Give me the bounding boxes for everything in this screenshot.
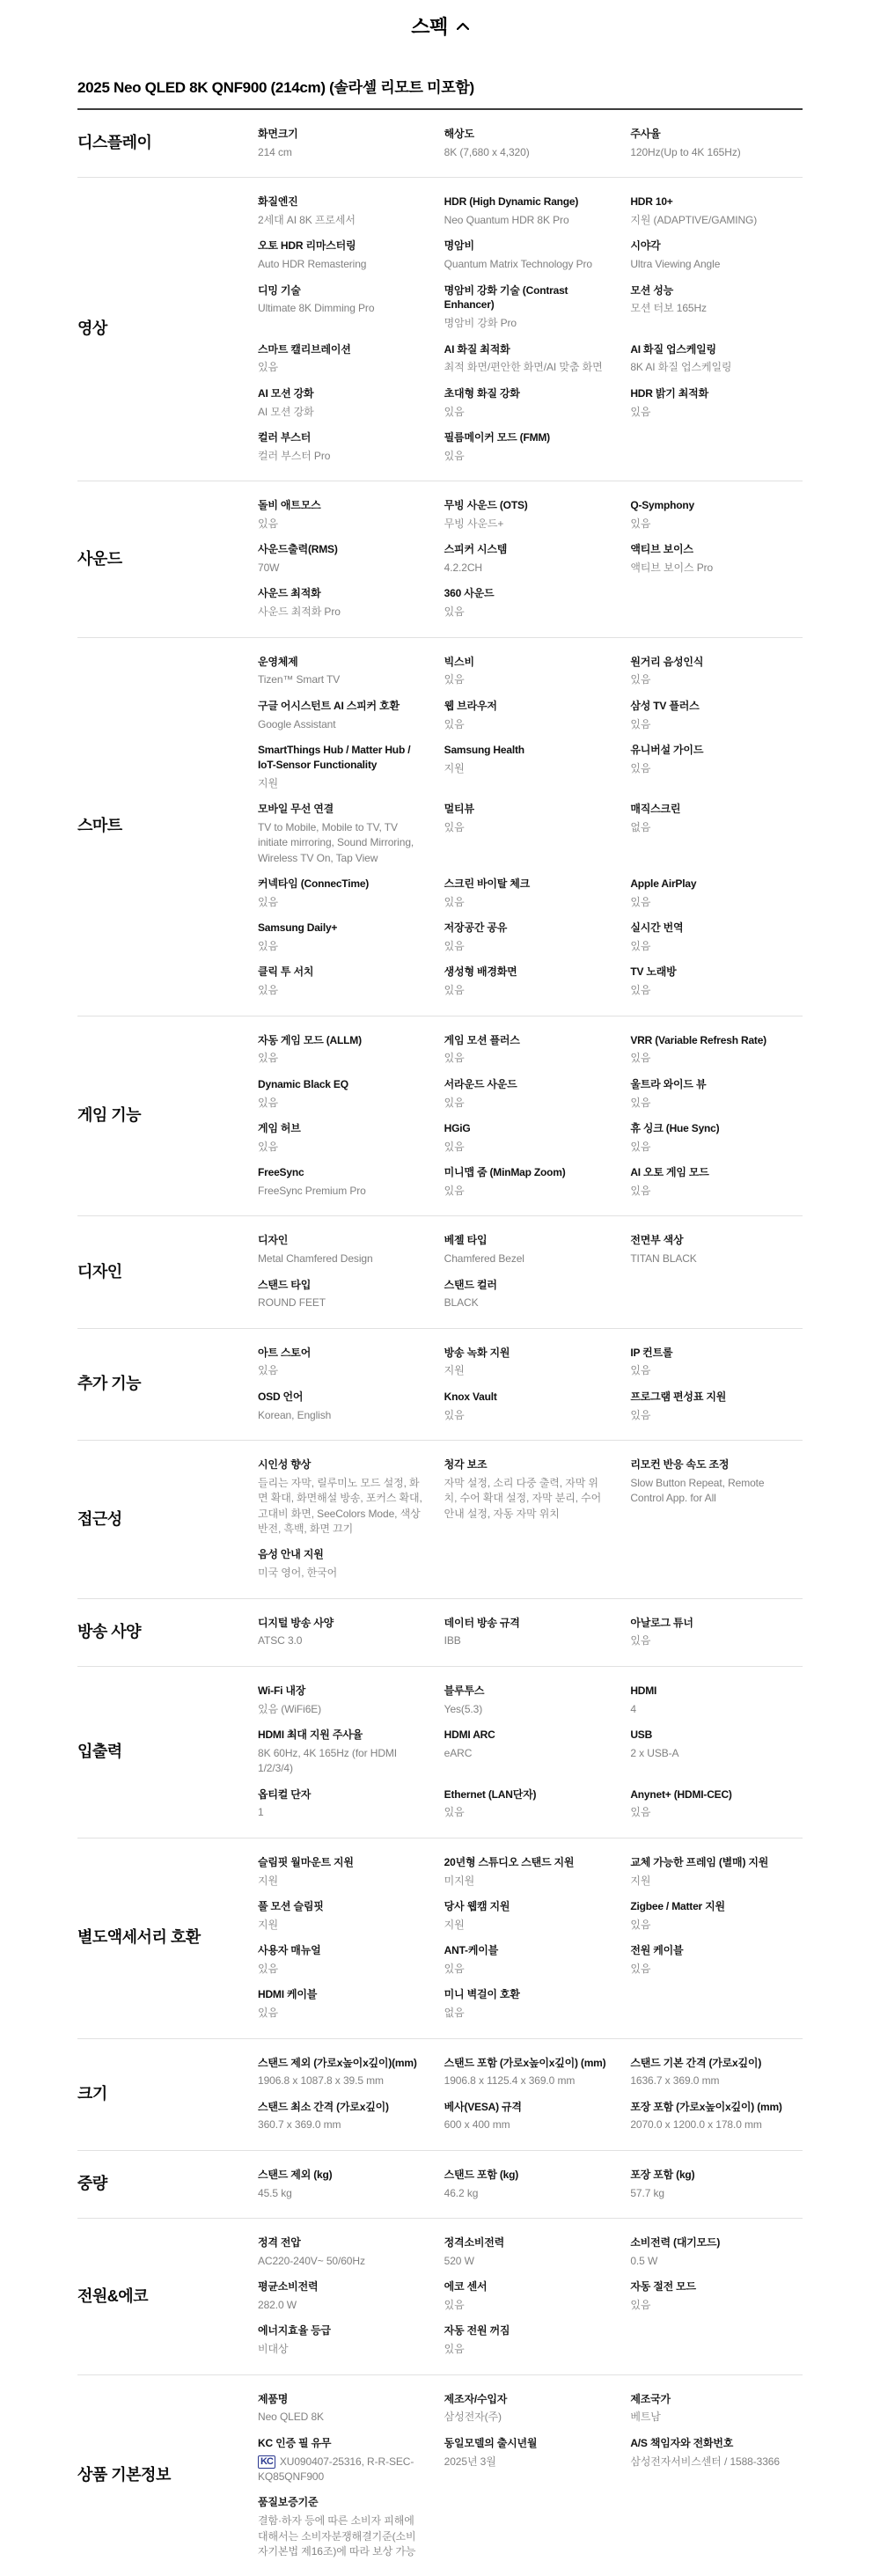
spec-item: 20년형 스튜디오 스탠드 지원미지원 — [444, 1855, 617, 1889]
spec-item-value: 282.0 W — [258, 2298, 425, 2313]
spec-item: 액티브 보이스액티브 보이스 Pro — [630, 542, 803, 576]
spec-item: HDMI 최대 지원 주사율8K 60Hz, 4K 165Hz (for HDM… — [258, 1728, 430, 1777]
spec-item-value: 4.2.2CH — [444, 561, 612, 576]
spec-item-label: TV 노래방 — [630, 965, 797, 980]
spec-item: 서라운드 사운드있음 — [444, 1077, 617, 1111]
spec-item: 스탠드 기본 간격 (가로x깊이)1636.7 x 369.0 mm — [630, 2056, 803, 2089]
kc-certification-icon: KC — [258, 2455, 275, 2469]
spec-item-value: 있음 — [630, 2298, 797, 2313]
spec-item: 당사 웹캠 지원지원 — [444, 1899, 617, 1933]
spec-item-value: 지원 — [630, 1874, 797, 1889]
spec-section: 디스플레이화면크기214 cm해상도8K (7,680 x 4,320)주사율1… — [77, 110, 803, 178]
spec-item-value: 2025년 3월 — [444, 2455, 612, 2470]
spec-item-value: ATSC 3.0 — [258, 1633, 425, 1648]
spec-item: Dynamic Black EQ있음 — [258, 1077, 430, 1111]
spec-item: 아날로그 튜너있음 — [630, 1616, 803, 1649]
spec-item: 음성 안내 지원미국 영어, 한국어 — [258, 1547, 430, 1581]
spec-section: 게임 기능자동 게임 모드 (ALLM)있음게임 모션 플러스있음VRR (Va… — [77, 1016, 803, 1217]
spec-item-label: HDR 밝기 최적화 — [630, 386, 797, 401]
spec-item-value: 액티브 보이스 Pro — [630, 561, 797, 576]
spec-item: 전원 케이블있음 — [630, 1943, 803, 1977]
spec-item-value: 있음 — [444, 1140, 612, 1155]
spec-item: 베젤 타입Chamfered Bezel — [444, 1233, 617, 1266]
spec-item: 명암비 강화 기술 (Contrast Enhancer)명암비 강화 Pro — [444, 283, 617, 332]
spec-section: 영상화질엔진2세대 AI 8K 프로세서HDR (High Dynamic Ra… — [77, 178, 803, 481]
spec-item-label: Knox Vault — [444, 1390, 612, 1405]
spec-item-value: 없음 — [444, 2006, 612, 2021]
section-items: 제품명Neo QLED 8K제조자/수입자삼성전자(주)제조국가베트남KC 인증… — [258, 2375, 803, 2576]
section-items: 정격 전압AC220-240V~ 50/60Hz정격소비전력520 W소비전력 … — [258, 2219, 803, 2374]
spec-item-label: 프로그램 편성표 지원 — [630, 1390, 797, 1405]
spec-item-label: HDR 10+ — [630, 194, 797, 209]
spec-section: 사운드돌비 애트모스있음무빙 사운드 (OTS)무빙 사운드+Q-Symphon… — [77, 481, 803, 638]
spec-item-value: 있음 — [258, 983, 425, 998]
spec-item-label: 포장 포함 (가로x높이x깊이) (mm) — [630, 2100, 797, 2115]
spec-item-value: 1636.7 x 369.0 mm — [630, 2073, 797, 2088]
spec-item-label: 자동 게임 모드 (ALLM) — [258, 1033, 425, 1048]
spec-item-label: 주사율 — [630, 127, 797, 142]
spec-item-value: 지원 — [444, 761, 612, 776]
spec-item-value-text: XU090407-25316, R-R-SEC-KQ85QNF900 — [258, 2455, 414, 2483]
spec-item-label: HGiG — [444, 1121, 612, 1136]
spec-item-label: 미니 벽걸이 호환 — [444, 1987, 612, 2002]
spec-item-label: 스크린 바이탈 체크 — [444, 877, 612, 892]
spec-item-value: 있음 — [258, 360, 425, 375]
spec-item-label: 전면부 색상 — [630, 1233, 797, 1248]
spec-item-value: Auto HDR Remastering — [258, 257, 425, 272]
spec-section: 중량스탠드 제외 (kg)45.5 kg스탠드 포함 (kg)46.2 kg포장… — [77, 2151, 803, 2219]
spec-item-value: Metal Chamfered Design — [258, 1251, 425, 1266]
spec-item-value: 있음 — [444, 1408, 612, 1423]
spec-item: 디지털 방송 사양ATSC 3.0 — [258, 1616, 430, 1649]
spec-section: 상품 기본정보제품명Neo QLED 8K제조자/수입자삼성전자(주)제조국가베… — [77, 2375, 803, 2576]
spec-section: 전원&에코정격 전압AC220-240V~ 50/60Hz정격소비전력520 W… — [77, 2219, 803, 2375]
section-items: 아트 스토어있음방송 녹화 지원지원IP 컨트롤있음OSD 언어Korean, … — [258, 1329, 803, 1440]
spec-item-label: 디자인 — [258, 1233, 425, 1248]
spec-item: 사운드출력(RMS)70W — [258, 542, 430, 576]
spec-item-label: AI 모션 강화 — [258, 386, 425, 401]
spec-item-label: 소비전력 (대기모드) — [630, 2235, 797, 2250]
spec-item-label: 스탠드 제외 (kg) — [258, 2168, 425, 2183]
spec-item: 제조국가베트남 — [630, 2392, 803, 2426]
spec-item: Ethernet (LAN단자)있음 — [444, 1787, 617, 1821]
spec-item-value: 있음 — [630, 1633, 797, 1648]
spec-item-label: 자동 절전 모드 — [630, 2279, 797, 2294]
spec-item: HDR 밝기 최적화있음 — [630, 386, 803, 420]
spec-item: 유니버설 가이드있음 — [630, 743, 803, 791]
spec-item: 스크린 바이탈 체크있음 — [444, 877, 617, 910]
spec-item: 제품명Neo QLED 8K — [258, 2392, 430, 2426]
spec-item-label: 음성 안내 지원 — [258, 1547, 425, 1562]
spec-item-value: 지원 — [258, 776, 425, 791]
spec-item-label: HDMI 최대 지원 주사율 — [258, 1728, 425, 1743]
spec-item: 사운드 최적화사운드 최적화 Pro — [258, 586, 430, 620]
spec-item-label: 필름메이커 모드 (FMM) — [444, 430, 612, 445]
spec-item: 무빙 사운드 (OTS)무빙 사운드+ — [444, 498, 617, 532]
spec-item: HDMI ARCeARC — [444, 1728, 617, 1777]
spec-item-label: HDMI 케이블 — [258, 1987, 425, 2002]
spec-item-value: 있음 — [630, 717, 797, 732]
spec-item-label: 매직스크린 — [630, 802, 797, 817]
spec-item-label: 스탠드 컬러 — [444, 1278, 612, 1293]
spec-item: Samsung Daily+있음 — [258, 921, 430, 954]
spec-item: Knox Vault있음 — [444, 1390, 617, 1423]
spec-item-value: 있음 — [258, 1051, 425, 1066]
spec-item: 명암비Quantum Matrix Technology Pro — [444, 239, 617, 272]
spec-item-label: 삼성 TV 플러스 — [630, 699, 797, 714]
spec-item: 필름메이커 모드 (FMM)있음 — [444, 430, 617, 464]
spec-item: 사용자 매뉴얼있음 — [258, 1943, 430, 1977]
spec-item-label: 스탠드 기본 간격 (가로x깊이) — [630, 2056, 797, 2071]
spec-item-value: TV to Mobile, Mobile to TV, TV initiate … — [258, 820, 425, 866]
spec-item-value: 지원 — [258, 1918, 425, 1933]
spec-item-value: 214 cm — [258, 145, 425, 160]
spec-item: 자동 절전 모드있음 — [630, 2279, 803, 2313]
spec-item-value: Tizen™ Smart TV — [258, 672, 425, 687]
spec-item-label: 동일모델의 출시년월 — [444, 2436, 612, 2451]
spec-item: 스탠드 타입ROUND FEET — [258, 1278, 430, 1311]
spec-item: AI 화질 업스케일링8K AI 화질 업스케일링 — [630, 342, 803, 376]
spec-item-label: 사운드출력(RMS) — [258, 542, 425, 557]
spec-section: 입출력Wi-Fi 내장있음 (WiFi6E)블루투스Yes(5.3)HDMI4H… — [77, 1667, 803, 1838]
section-items: 디지털 방송 사양ATSC 3.0데이터 방송 규격IBB아날로그 튜너있음 — [258, 1599, 803, 1666]
spec-item-value: 있음 — [630, 405, 797, 420]
spec-item: FreeSyncFreeSync Premium Pro — [258, 1165, 430, 1199]
spec-item-value: 있음 — [630, 895, 797, 910]
spec-item-label: AI 화질 업스케일링 — [630, 342, 797, 357]
section-title: 중량 — [77, 2151, 258, 2218]
spec-item-label: IP 컨트롤 — [630, 1346, 797, 1361]
spec-item-value: 1906.8 x 1125.4 x 369.0 mm — [444, 2073, 612, 2088]
spec-item-label: 아트 스토어 — [258, 1346, 425, 1361]
spec-item-label: Anynet+ (HDMI-CEC) — [630, 1787, 797, 1802]
spec-item: 평균소비전력282.0 W — [258, 2279, 430, 2313]
spec-item-value: 지원 (ADAPTIVE/GAMING) — [630, 213, 797, 228]
spec-item: AI 오토 게임 모드있음 — [630, 1165, 803, 1199]
spec-item: 정격소비전력520 W — [444, 2235, 617, 2269]
spec-item: 해상도8K (7,680 x 4,320) — [444, 127, 617, 160]
spec-item: 풀 모션 슬림핏지원 — [258, 1899, 430, 1933]
spec-item-value: IBB — [444, 1633, 612, 1648]
spec-item-label: 디밍 기술 — [258, 283, 425, 298]
spec-item-value: 2세대 AI 8K 프로세서 — [258, 213, 425, 228]
spec-item-value: 2 x USB-A — [630, 1746, 797, 1761]
spec-item: 커넥타임 (ConnecTime)있음 — [258, 877, 430, 910]
spec-item-value: 있음 — [258, 895, 425, 910]
spec-item: 시인성 향상들리는 자막, 릴루미노 모드 설정, 화면 확대, 화면해설 방송… — [258, 1457, 430, 1537]
spec-item-value: 360.7 x 369.0 mm — [258, 2117, 425, 2132]
spec-item-label: 아날로그 튜너 — [630, 1616, 797, 1631]
spec-item: 스탠드 포함 (kg)46.2 kg — [444, 2168, 617, 2201]
spec-item: 베사(VESA) 규격600 x 400 mm — [444, 2100, 617, 2133]
spec-item: 주사율120Hz(Up to 4K 165Hz) — [630, 127, 803, 160]
spec-item: 스탠드 제외 (가로x높이x깊이)(mm)1906.8 x 1087.8 x 3… — [258, 2056, 430, 2089]
spec-item-value: 있음 — [444, 717, 612, 732]
section-title: 크기 — [77, 2039, 258, 2150]
spec-item-label: VRR (Variable Refresh Rate) — [630, 1033, 797, 1048]
spec-item-label: 웹 브라우저 — [444, 699, 612, 714]
spec-item-label: 정격 전압 — [258, 2235, 425, 2250]
spec-item-value: Slow Button Repeat, Remote Control App. … — [630, 1476, 797, 1507]
spec-item-label: 클릭 투 서치 — [258, 965, 425, 980]
spec-item-value: eARC — [444, 1746, 612, 1761]
spec-item: 데이터 방송 규격IBB — [444, 1616, 617, 1649]
spec-item: 화면크기214 cm — [258, 127, 430, 160]
spec-section: 별도액세서리 호환슬림핏 월마운트 지원지원20년형 스튜디오 스탠드 지원미지… — [77, 1838, 803, 2039]
spec-item: KC 인증 필 유무KCXU090407-25316, R-R-SEC-KQ85… — [258, 2436, 430, 2485]
spec-item-value: 있음 — [630, 1363, 797, 1378]
spec-item-value: 있음 — [258, 2006, 425, 2021]
section-items: 스탠드 제외 (kg)45.5 kg스탠드 포함 (kg)46.2 kg포장 포… — [258, 2151, 803, 2218]
spec-item: 매직스크린없음 — [630, 802, 803, 866]
spec-item: 게임 허브있음 — [258, 1121, 430, 1155]
spec-item: 화질엔진2세대 AI 8K 프로세서 — [258, 194, 430, 228]
spec-item-value: 삼성전자서비스센터 / 1588-3366 — [630, 2455, 797, 2470]
spec-item: HGiG있음 — [444, 1121, 617, 1155]
spec-item-label: Ethernet (LAN단자) — [444, 1787, 612, 1802]
section-title: 영상 — [77, 178, 258, 481]
spec-item-label: USB — [630, 1728, 797, 1743]
spec-item-value: ROUND FEET — [258, 1295, 425, 1310]
spec-item-value: 있음 — [444, 405, 612, 420]
section-items: 스탠드 제외 (가로x높이x깊이)(mm)1906.8 x 1087.8 x 3… — [258, 2039, 803, 2150]
spec-item-label: 스피커 시스템 — [444, 542, 612, 557]
section-items: 화면크기214 cm해상도8K (7,680 x 4,320)주사율120Hz(… — [258, 110, 803, 177]
spec-item-label: 제조자/수입자 — [444, 2392, 612, 2407]
section-title: 디자인 — [77, 1216, 258, 1327]
spec-item-label: 화질엔진 — [258, 194, 425, 209]
spec-item: 미니 벽걸이 호환없음 — [444, 1987, 617, 2021]
spec-item-value: 있음 — [444, 605, 612, 620]
spec-item: 옵티컬 단자1 — [258, 1787, 430, 1821]
spec-item-value: 미국 영어, 한국어 — [258, 1566, 425, 1581]
section-title: 전원&에코 — [77, 2219, 258, 2374]
spec-item: 정격 전압AC220-240V~ 50/60Hz — [258, 2235, 430, 2269]
spec-item: Anynet+ (HDMI-CEC)있음 — [630, 1787, 803, 1821]
spec-item-label: 에코 센서 — [444, 2279, 612, 2294]
section-items: 운영체제Tizen™ Smart TV빅스비있음원거리 음성인식있음구글 어시스… — [258, 638, 803, 1016]
spec-item: 컬러 부스터컬러 부스터 Pro — [258, 430, 430, 464]
product-title: 2025 Neo QLED 8K QNF900 (214cm) (솔라셀 리모트… — [77, 75, 803, 110]
spec-item-value: 없음 — [630, 820, 797, 835]
spec-item: 스마트 캘리브레이션있음 — [258, 342, 430, 376]
spec-item-label: 포장 포함 (kg) — [630, 2168, 797, 2183]
spec-item-label: 사용자 매뉴얼 — [258, 1943, 425, 1958]
spec-item-value: 있음 — [630, 517, 797, 532]
spec-section: 디자인디자인Metal Chamfered Design베젤 타입Chamfer… — [77, 1216, 803, 1328]
spec-item: 돌비 애트모스있음 — [258, 498, 430, 532]
spec-item-label: 20년형 스튜디오 스탠드 지원 — [444, 1855, 612, 1870]
spec-item-label: 원거리 음성인식 — [630, 655, 797, 670]
spec-item-label: 시인성 향상 — [258, 1457, 425, 1472]
spec-item: 구글 어시스턴트 AI 스피커 호환Google Assistant — [258, 699, 430, 732]
spec-item-label: 옵티컬 단자 — [258, 1787, 425, 1802]
spec-item: 삼성 TV 플러스있음 — [630, 699, 803, 732]
spec-item-label: Q-Symphony — [630, 498, 797, 513]
spec-item-label: 스탠드 제외 (가로x높이x깊이)(mm) — [258, 2056, 425, 2071]
section-items: 시인성 향상들리는 자막, 릴루미노 모드 설정, 화면 확대, 화면해설 방송… — [258, 1441, 803, 1598]
spec-item-label: 멀티뷰 — [444, 802, 612, 817]
spec-item: 오토 HDR 리마스터링Auto HDR Remastering — [258, 239, 430, 272]
spec-item-label: SmartThings Hub / Matter Hub / IoT-Senso… — [258, 743, 425, 773]
spec-item-value: 있음 — [444, 1096, 612, 1111]
spec-item-value: AC220-240V~ 50/60Hz — [258, 2254, 425, 2269]
spec-item-value: 있음 — [630, 1805, 797, 1820]
spec-item-value: 베트남 — [630, 2410, 797, 2425]
spec-item: HDMI 케이블있음 — [258, 1987, 430, 2021]
spec-item-value: 지원 — [258, 1874, 425, 1889]
spec-item-label: 데이터 방송 규격 — [444, 1616, 612, 1631]
spec-accordion-header[interactable]: 스펙 — [0, 0, 880, 48]
spec-item: ANT-케이블있음 — [444, 1943, 617, 1977]
spec-item-label: 명암비 — [444, 239, 612, 253]
spec-item-label: 당사 웹캠 지원 — [444, 1899, 612, 1914]
spec-item-label: HDMI — [630, 1684, 797, 1699]
section-title: 방송 사양 — [77, 1599, 258, 1666]
spec-item: HDR 10+지원 (ADAPTIVE/GAMING) — [630, 194, 803, 228]
spec-header-title: 스펙 — [411, 12, 448, 40]
section-title: 스마트 — [77, 638, 258, 1016]
spec-item: Wi-Fi 내장있음 (WiFi6E) — [258, 1684, 430, 1717]
spec-item-value: 있음 — [444, 1962, 612, 1977]
spec-item: 방송 녹화 지원지원 — [444, 1346, 617, 1379]
section-items: 디자인Metal Chamfered Design베젤 타입Chamfered … — [258, 1216, 803, 1327]
spec-table: 디스플레이화면크기214 cm해상도8K (7,680 x 4,320)주사율1… — [77, 110, 803, 2576]
section-title: 상품 기본정보 — [77, 2375, 258, 2576]
spec-item-value: 지원 — [444, 1363, 612, 1378]
chevron-up-icon — [457, 22, 469, 30]
spec-item-value: Neo QLED 8K — [258, 2410, 425, 2425]
spec-item-label: AI 오토 게임 모드 — [630, 1165, 797, 1180]
spec-item-label: Apple AirPlay — [630, 877, 797, 892]
spec-item: 전면부 색상TITAN BLACK — [630, 1233, 803, 1266]
spec-item: 모바일 무선 연결TV to Mobile, Mobile to TV, TV … — [258, 802, 430, 866]
spec-item: 소비전력 (대기모드)0.5 W — [630, 2235, 803, 2269]
spec-item: 스탠드 컬러BLACK — [444, 1278, 617, 1311]
spec-item-value: 사운드 최적화 Pro — [258, 605, 425, 620]
spec-item: 실시간 번역있음 — [630, 921, 803, 954]
spec-item-label: 평균소비전력 — [258, 2279, 425, 2294]
spec-item: 초대형 화질 강화있음 — [444, 386, 617, 420]
spec-item-value: 있음 — [444, 672, 612, 687]
spec-item-label: 서라운드 사운드 — [444, 1077, 612, 1092]
spec-item-label: 해상도 — [444, 127, 612, 142]
spec-item: 에너지효율 등급비대상 — [258, 2323, 430, 2357]
spec-item-label: 블루투스 — [444, 1684, 612, 1699]
spec-item-label: 실시간 번역 — [630, 921, 797, 936]
spec-item-value: 있음 — [630, 1918, 797, 1933]
spec-item-value: 600 x 400 mm — [444, 2117, 612, 2132]
spec-item-value: Google Assistant — [258, 717, 425, 732]
spec-item-value: 있음 — [444, 1051, 612, 1066]
spec-item-label: OSD 언어 — [258, 1390, 425, 1405]
spec-item: USB2 x USB-A — [630, 1728, 803, 1777]
spec-item-label: 모바일 무선 연결 — [258, 802, 425, 817]
spec-item: 스피커 시스템4.2.2CH — [444, 542, 617, 576]
spec-item: SmartThings Hub / Matter Hub / IoT-Senso… — [258, 743, 430, 791]
spec-item-value: 자막 설정, 소리 다중 출력, 자막 위치, 수어 확대 설정, 자막 분리,… — [444, 1476, 612, 1522]
spec-item-label: 모션 성능 — [630, 283, 797, 298]
spec-item-value: BLACK — [444, 1295, 612, 1310]
spec-item-label: 운영체제 — [258, 655, 425, 670]
spec-item: 미니맵 줌 (MinMap Zoom)있음 — [444, 1165, 617, 1199]
spec-item: 아트 스토어있음 — [258, 1346, 430, 1379]
spec-item-value: 있음 — [258, 1363, 425, 1378]
spec-item: AI 모션 강화AI 모션 강화 — [258, 386, 430, 420]
spec-item-value: Korean, English — [258, 1408, 425, 1423]
spec-item: 모션 성능모션 터보 165Hz — [630, 283, 803, 332]
spec-item: 빅스비있음 — [444, 655, 617, 688]
spec-item: AI 화질 최적화최적 화면/편안한 화면/AI 맞춤 화면 — [444, 342, 617, 376]
spec-item-label: 미니맵 줌 (MinMap Zoom) — [444, 1165, 612, 1180]
spec-item-value: 컬러 부스터 Pro — [258, 449, 425, 464]
spec-item: 동일모델의 출시년월2025년 3월 — [444, 2436, 617, 2485]
spec-item-value: 있음 — [258, 1096, 425, 1111]
section-items: 돌비 애트모스있음무빙 사운드 (OTS)무빙 사운드+Q-Symphony있음… — [258, 481, 803, 637]
spec-item: Zigbee / Matter 지원있음 — [630, 1899, 803, 1933]
spec-item-label: 게임 모션 플러스 — [444, 1033, 612, 1048]
spec-item-value: Quantum Matrix Technology Pro — [444, 257, 612, 272]
spec-item: 원거리 음성인식있음 — [630, 655, 803, 688]
section-items: 화질엔진2세대 AI 8K 프로세서HDR (High Dynamic Rang… — [258, 178, 803, 481]
spec-item-value: AI 모션 강화 — [258, 405, 425, 420]
spec-item-label: 컬러 부스터 — [258, 430, 425, 445]
spec-item-value: 있음 (WiFi6E) — [258, 1702, 425, 1717]
spec-item-label: 풀 모션 슬림핏 — [258, 1899, 425, 1914]
spec-item: 디밍 기술Ultimate 8K Dimming Pro — [258, 283, 430, 332]
spec-item-label: 구글 어시스턴트 AI 스피커 호환 — [258, 699, 425, 714]
spec-item-label: 스탠드 최소 간격 (가로x깊이) — [258, 2100, 425, 2115]
spec-item-value: 있음 — [630, 1962, 797, 1977]
spec-item-label: 품질보증기준 — [258, 2495, 425, 2510]
spec-item: 디자인Metal Chamfered Design — [258, 1233, 430, 1266]
spec-item-label: 리모컨 반응 속도 조정 — [630, 1457, 797, 1472]
spec-item: 스탠드 최소 간격 (가로x깊이)360.7 x 369.0 mm — [258, 2100, 430, 2133]
spec-item-label: 무빙 사운드 (OTS) — [444, 498, 612, 513]
spec-item-label: AI 화질 최적화 — [444, 342, 612, 357]
spec-item-value: 있음 — [258, 1962, 425, 1977]
spec-item-label: 빅스비 — [444, 655, 612, 670]
spec-item-label: 저장공간 공유 — [444, 921, 612, 936]
spec-item: 자동 전원 꺼짐있음 — [444, 2323, 617, 2357]
spec-item-label: 전원 케이블 — [630, 1943, 797, 1958]
spec-item: 스탠드 포함 (가로x높이x깊이) (mm)1906.8 x 1125.4 x … — [444, 2056, 617, 2089]
spec-item-value: 있음 — [630, 1140, 797, 1155]
spec-item-label: A/S 책임자와 전화번호 — [630, 2436, 797, 2451]
spec-item-label: 게임 허브 — [258, 1121, 425, 1136]
spec-item-value: 8K 60Hz, 4K 165Hz (for HDMI 1/2/3/4) — [258, 1746, 425, 1777]
spec-item: HDMI4 — [630, 1684, 803, 1717]
spec-item: 스탠드 제외 (kg)45.5 kg — [258, 2168, 430, 2201]
spec-item-value: Ultimate 8K Dimming Pro — [258, 301, 425, 316]
spec-item: 에코 센서있음 — [444, 2279, 617, 2313]
spec-item: 블루투스Yes(5.3) — [444, 1684, 617, 1717]
spec-item-label: 생성형 배경화면 — [444, 965, 612, 980]
spec-item-value: 있음 — [630, 1184, 797, 1199]
spec-item-label: KC 인증 필 유무 — [258, 2436, 425, 2451]
spec-item-label: 베사(VESA) 규격 — [444, 2100, 612, 2115]
spec-item-label: Dynamic Black EQ — [258, 1077, 425, 1092]
spec-item-value: Ultra Viewing Angle — [630, 257, 797, 272]
spec-item-value: 4 — [630, 1702, 797, 1717]
section-title: 게임 기능 — [77, 1016, 258, 1216]
spec-item-value: 있음 — [630, 939, 797, 954]
spec-item-value: 있음 — [630, 672, 797, 687]
spec-item: 멀티뷰있음 — [444, 802, 617, 866]
spec-item: TV 노래방있음 — [630, 965, 803, 998]
spec-item-value: 미지원 — [444, 1874, 612, 1889]
spec-item: 슬림핏 월마운트 지원지원 — [258, 1855, 430, 1889]
